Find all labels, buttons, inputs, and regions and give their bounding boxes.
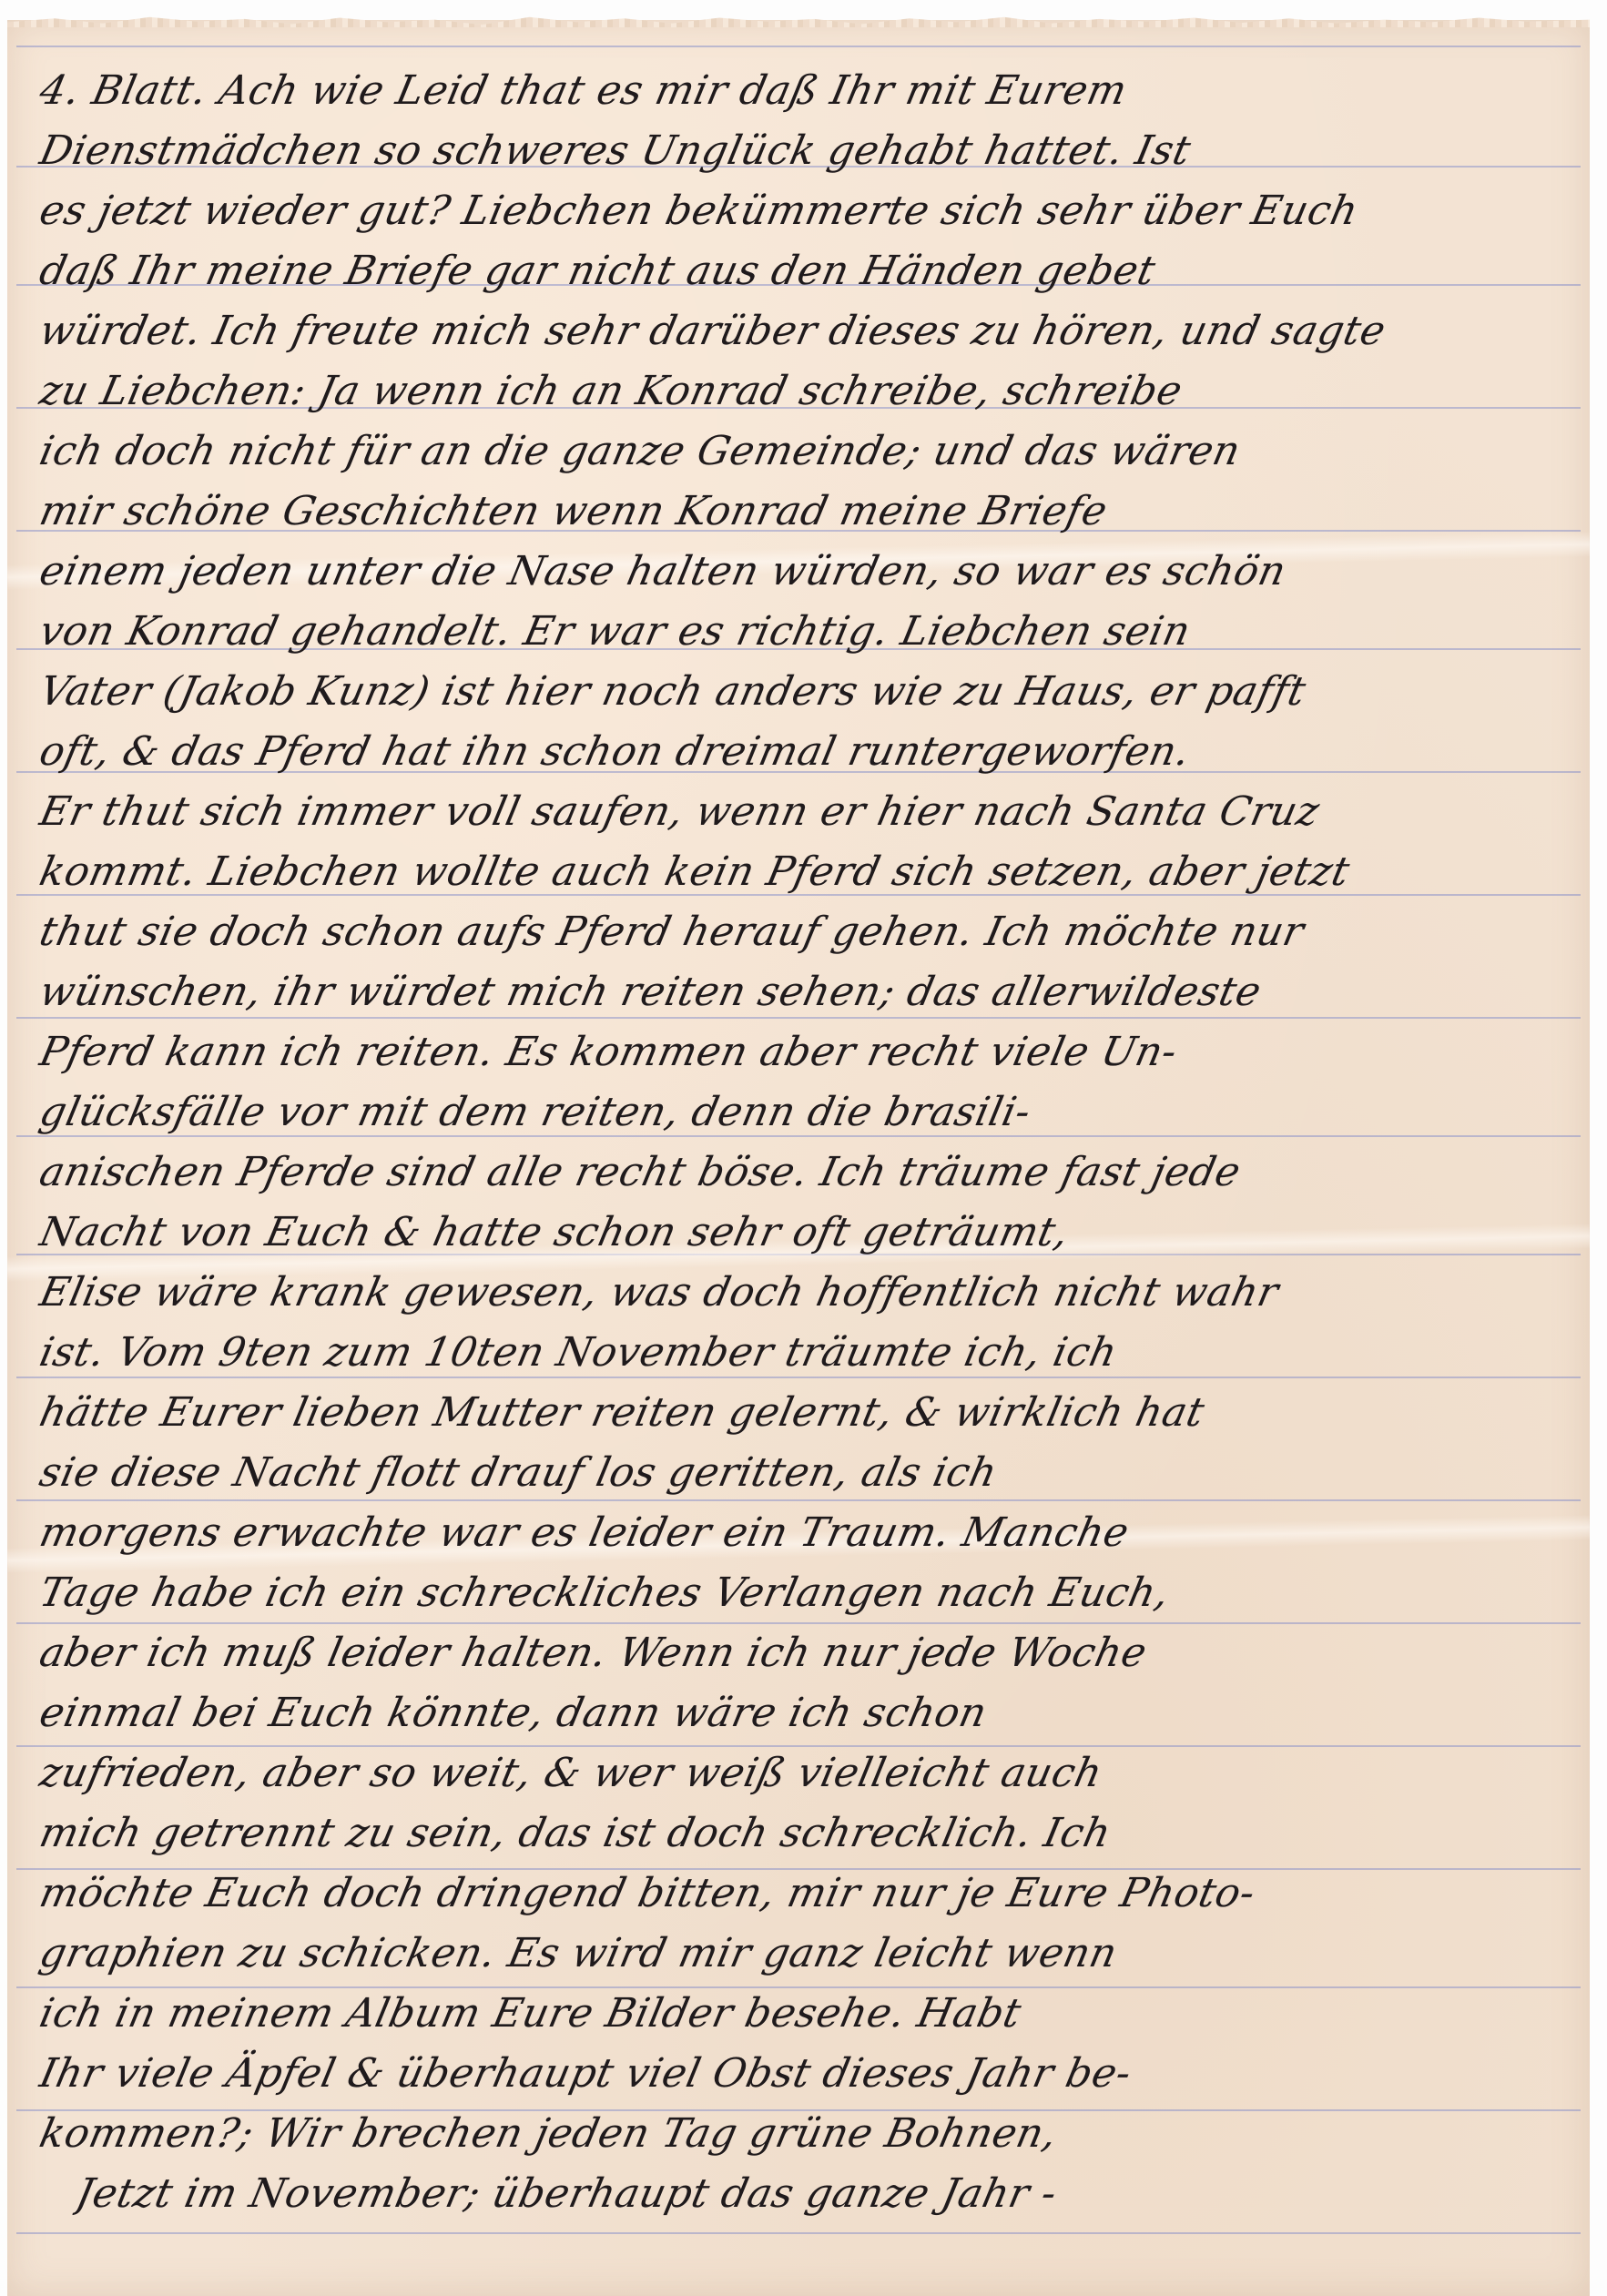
text-line: von Konrad gehandelt. Er war es richtig.… xyxy=(35,604,1576,659)
text-line: mich getrennt zu sein, das ist doch schr… xyxy=(35,1806,1576,1861)
text-line: zufrieden, aber so weit, & wer weiß viel… xyxy=(35,1746,1576,1801)
text-line: es jetzt wieder gut? Liebchen bekümmerte… xyxy=(35,184,1576,239)
text-line: Nacht von Euch & hatte schon sehr oft ge… xyxy=(35,1205,1576,1260)
text-line: einmal bei Euch könnte, dann wäre ich sc… xyxy=(35,1686,1576,1741)
text-line: Vater (Jakob Kunz) ist hier noch anders … xyxy=(35,665,1576,719)
text-line: graphien zu schicken. Es wird mir ganz l… xyxy=(35,1926,1576,1981)
text-line: 4. Blatt. Ach wie Leid that es mir daß I… xyxy=(35,64,1576,118)
text-line: Dienstmädchen so schweres Unglück gehabt… xyxy=(35,124,1576,178)
text-line: würdet. Ich freute mich sehr darüber die… xyxy=(35,304,1576,359)
text-line: ich in meinem Album Eure Bilder besehe. … xyxy=(35,1986,1576,2041)
text-line: Pferd kann ich reiten. Es kommen aber re… xyxy=(35,1025,1576,1080)
text-line: einem jeden unter die Nase halten würden… xyxy=(35,544,1576,599)
text-line: Elise wäre krank gewesen, was doch hoffe… xyxy=(35,1265,1576,1320)
text-line: ist. Vom 9ten zum 10ten November träumte… xyxy=(35,1326,1576,1380)
text-line: daß Ihr meine Briefe gar nicht aus den H… xyxy=(35,244,1576,299)
text-line: möchte Euch doch dringend bitten, mir nu… xyxy=(35,1866,1576,1921)
text-line: thut sie doch schon aufs Pferd herauf ge… xyxy=(35,905,1576,960)
text-line: kommen?; Wir brechen jeden Tag grüne Boh… xyxy=(35,2107,1576,2161)
text-line: wünschen, ihr würdet mich reiten sehen; … xyxy=(35,965,1576,1020)
text-line: Er thut sich immer voll saufen, wenn er … xyxy=(35,785,1576,839)
text-line: Tage habe ich ein schreckliches Verlange… xyxy=(35,1566,1576,1620)
letter-page: 4. Blatt. Ach wie Leid that es mir daß I… xyxy=(7,20,1590,2296)
text-line: zu Liebchen: Ja wenn ich an Konrad schre… xyxy=(35,364,1576,419)
text-line: sie diese Nacht flott drauf los geritten… xyxy=(35,1446,1576,1500)
text-line: aber ich muß leider halten. Wenn ich nur… xyxy=(35,1626,1576,1681)
text-line: oft, & das Pferd hat ihn schon dreimal r… xyxy=(35,725,1576,779)
text-line: Jetzt im November; überhaupt das ganze J… xyxy=(71,2167,1576,2221)
handwritten-text: 4. Blatt. Ach wie Leid that es mir daß I… xyxy=(7,20,1590,2296)
text-line: hätte Eurer lieben Mutter reiten gelernt… xyxy=(35,1386,1576,1440)
text-line: morgens erwachte war es leider ein Traum… xyxy=(35,1506,1576,1560)
text-line: ich doch nicht für an die ganze Gemeinde… xyxy=(35,424,1576,479)
text-line: kommt. Liebchen wollte auch kein Pferd s… xyxy=(35,845,1576,899)
text-line: mir schöne Geschichten wenn Konrad meine… xyxy=(35,484,1576,539)
text-line: Ihr viele Äpfel & überhaupt viel Obst di… xyxy=(35,2047,1576,2101)
text-line: glücksfälle vor mit dem reiten, denn die… xyxy=(35,1085,1576,1140)
text-line: anischen Pferde sind alle recht böse. Ic… xyxy=(35,1145,1576,1200)
